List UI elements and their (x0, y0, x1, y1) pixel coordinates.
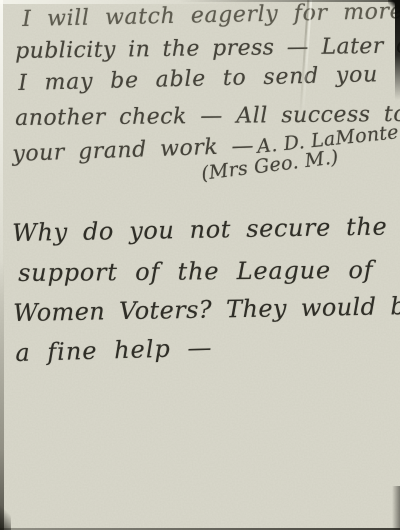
letter-line-1: I will watch eagerly for more (22, 0, 400, 32)
letter-line-2: publicity in the press — Later on (15, 33, 400, 64)
letter-line-8: Women Voters? They would be (13, 292, 400, 327)
paper-edge-left-shadow (0, 260, 4, 530)
letter-line-6: Why do you not secure the (12, 212, 387, 247)
letter-paper: I will watch eagerly for more publicity … (0, 0, 400, 530)
paper-corner-bottom-left-shadow (0, 504, 11, 530)
letter-line-7: support of the League of (18, 256, 373, 287)
letter-line-9: a fine help — (15, 333, 213, 366)
paper-corner-bottom-right-shadow (392, 486, 400, 530)
paper-edge-left-highlight (0, 0, 3, 300)
letter-line-3: I may be able to send you (18, 62, 378, 96)
